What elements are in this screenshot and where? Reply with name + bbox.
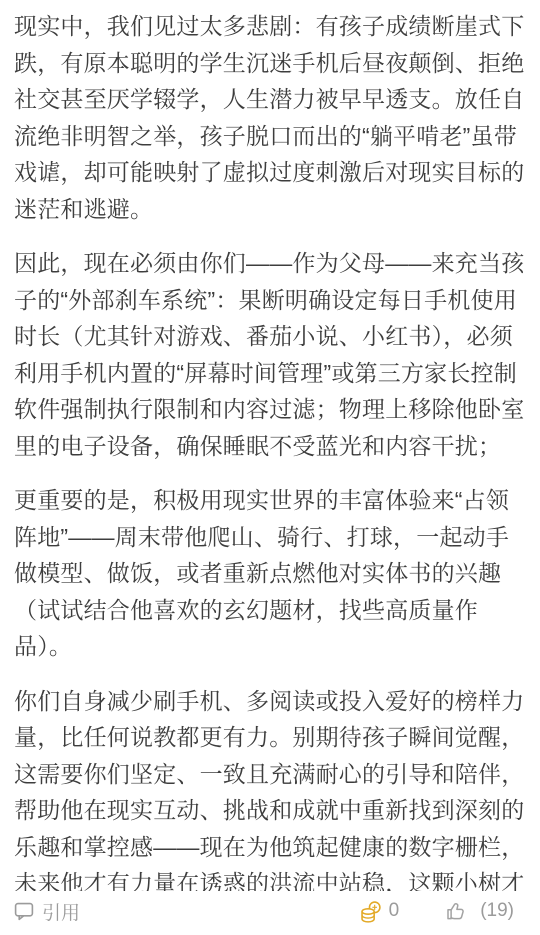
paragraph-3: 更重要的是，积极用现实世界的丰富体验来“占领阵地”——周末带他爬山、骑行、打球，… bbox=[14, 482, 526, 665]
footer-toolbar: 引用 0 (19) bbox=[0, 891, 540, 935]
coin-stack-icon bbox=[359, 900, 382, 923]
coins-count: 0 bbox=[389, 900, 400, 922]
speech-bubble-icon bbox=[14, 901, 34, 921]
likes-count: (19) bbox=[480, 900, 514, 922]
coins-button[interactable]: 0 bbox=[359, 900, 400, 923]
paragraph-1: 现实中，我们见过太多悲剧：有孩子成绩断崖式下跌，有原本聪明的学生沉迷手机后昼夜颠… bbox=[14, 8, 526, 227]
quote-button[interactable]: 引用 bbox=[14, 898, 80, 925]
paragraph-2: 因此，现在必须由你们——作为父母——来充当孩子的“外部刹车系统”：果断明确设定每… bbox=[14, 245, 526, 464]
like-button[interactable]: (19) bbox=[445, 900, 514, 922]
thumbs-up-icon bbox=[445, 900, 467, 922]
quote-label: 引用 bbox=[42, 898, 80, 925]
post-content: 现实中，我们见过太多悲剧：有孩子成绩断崖式下跌，有原本聪明的学生沉迷手机后昼夜颠… bbox=[0, 0, 540, 935]
